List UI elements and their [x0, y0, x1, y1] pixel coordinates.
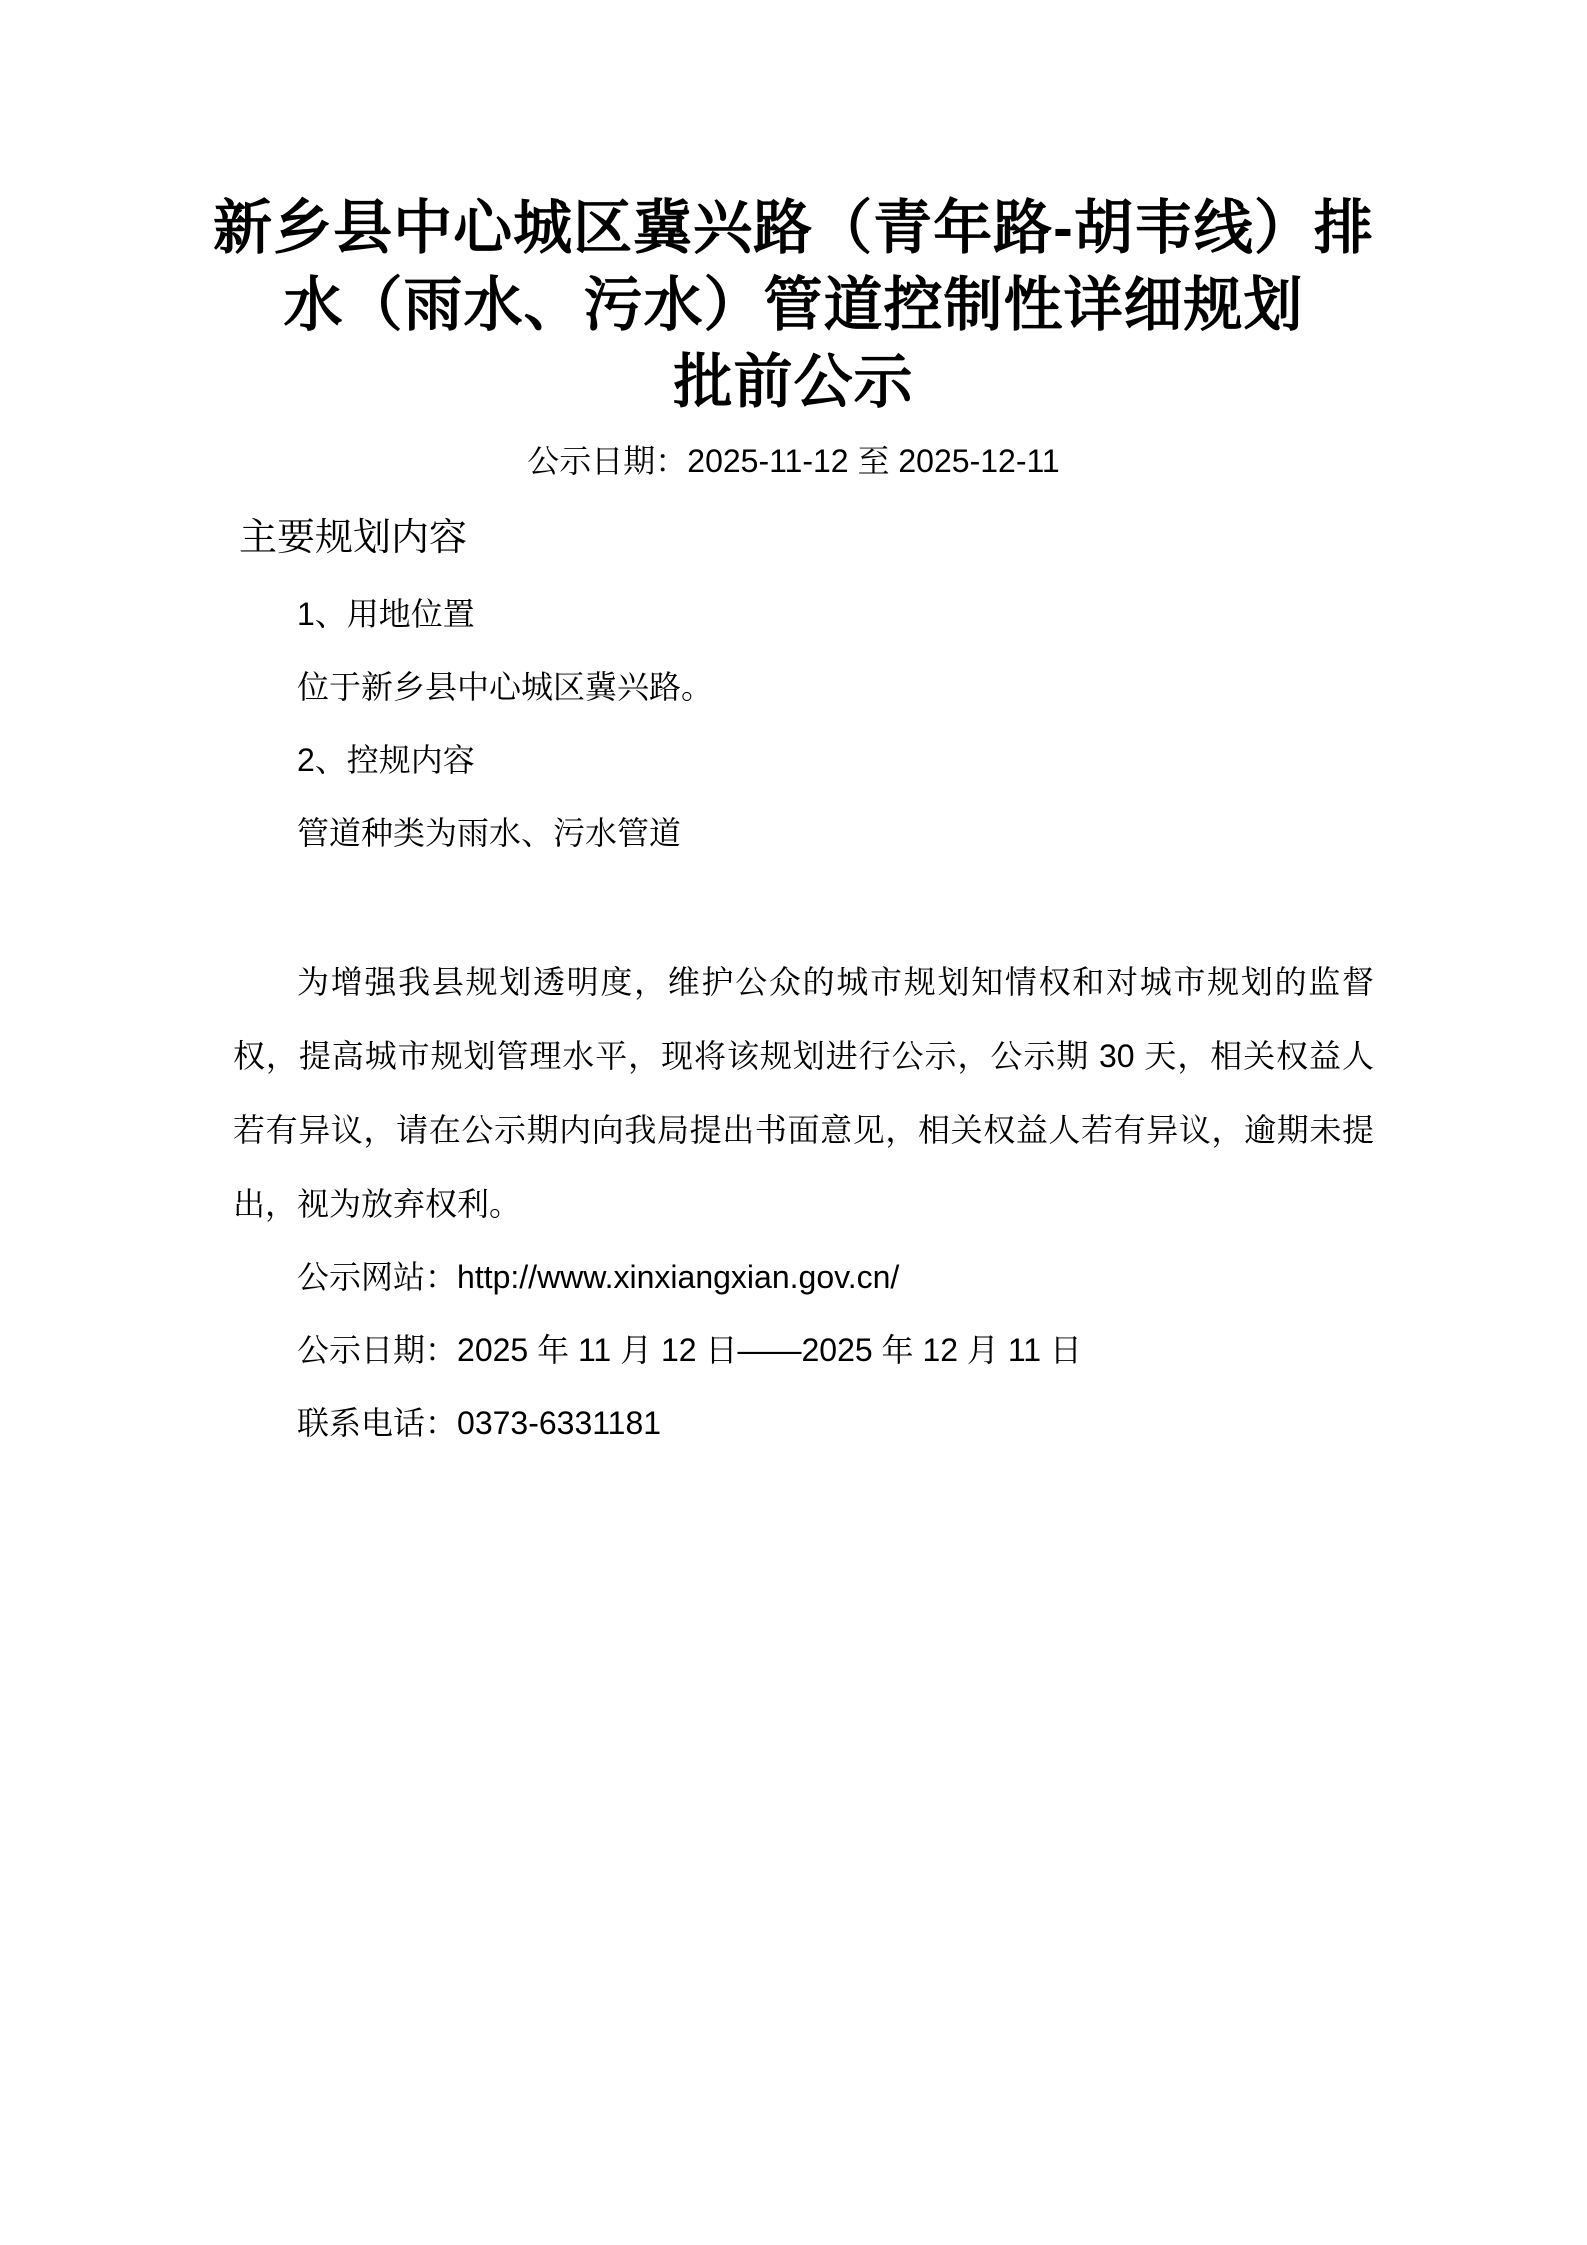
plan-item-regulation-text: 管道种类为雨水、污水管道	[233, 797, 1374, 870]
publish-date-label: 公示日期：	[297, 1332, 457, 1368]
notice-page: 新乡县中心城区冀兴路（青年路-胡韦线）排 水（雨水、污水）管道控制性详细规划 批…	[0, 0, 1587, 2245]
website-label: 公示网站：	[297, 1259, 457, 1295]
publish-date-line: 公示日期：2025 年 11 月 12 日——2025 年 12 月 11 日	[233, 1314, 1374, 1387]
notice-body-paragraph: 为增强我县规划透明度，维护公众的城市规划知情权和对城市规划的监督权，提高城市规划…	[233, 945, 1374, 1241]
notice-title-line-3: 批前公示	[140, 344, 1447, 421]
notice-title-line-1: 新乡县中心城区冀兴路（青年路-胡韦线）排	[140, 190, 1447, 267]
phone-line: 联系电话：0373-6331181	[233, 1387, 1374, 1460]
section-heading: 主要规划内容	[239, 498, 1374, 578]
phone-number: 0373-6331181	[457, 1405, 661, 1441]
plan-item-land-location-heading: 1、用地位置	[233, 578, 1374, 651]
notice-content: 主要规划内容 1、用地位置 位于新乡县中心城区冀兴路。 2、控规内容 管道种类为…	[233, 498, 1374, 1460]
website-line: 公示网站：http://www.xinxiangxian.gov.cn/	[233, 1241, 1374, 1314]
publish-date-value: 2025 年 11 月 12 日——2025 年 12 月 11 日	[457, 1332, 1082, 1368]
plan-item-land-location-text: 位于新乡县中心城区冀兴路。	[233, 651, 1374, 724]
publish-period: 公示日期：2025-11-12 至 2025-12-11	[0, 425, 1587, 498]
notice-title: 新乡县中心城区冀兴路（青年路-胡韦线）排 水（雨水、污水）管道控制性详细规划 批…	[140, 190, 1447, 421]
notice-title-line-2: 水（雨水、污水）管道控制性详细规划	[140, 267, 1447, 344]
plan-item-regulation-heading: 2、控规内容	[233, 724, 1374, 797]
website-url: http://www.xinxiangxian.gov.cn/	[457, 1259, 899, 1295]
phone-label: 联系电话：	[297, 1405, 457, 1441]
blank-spacer	[233, 870, 1374, 945]
